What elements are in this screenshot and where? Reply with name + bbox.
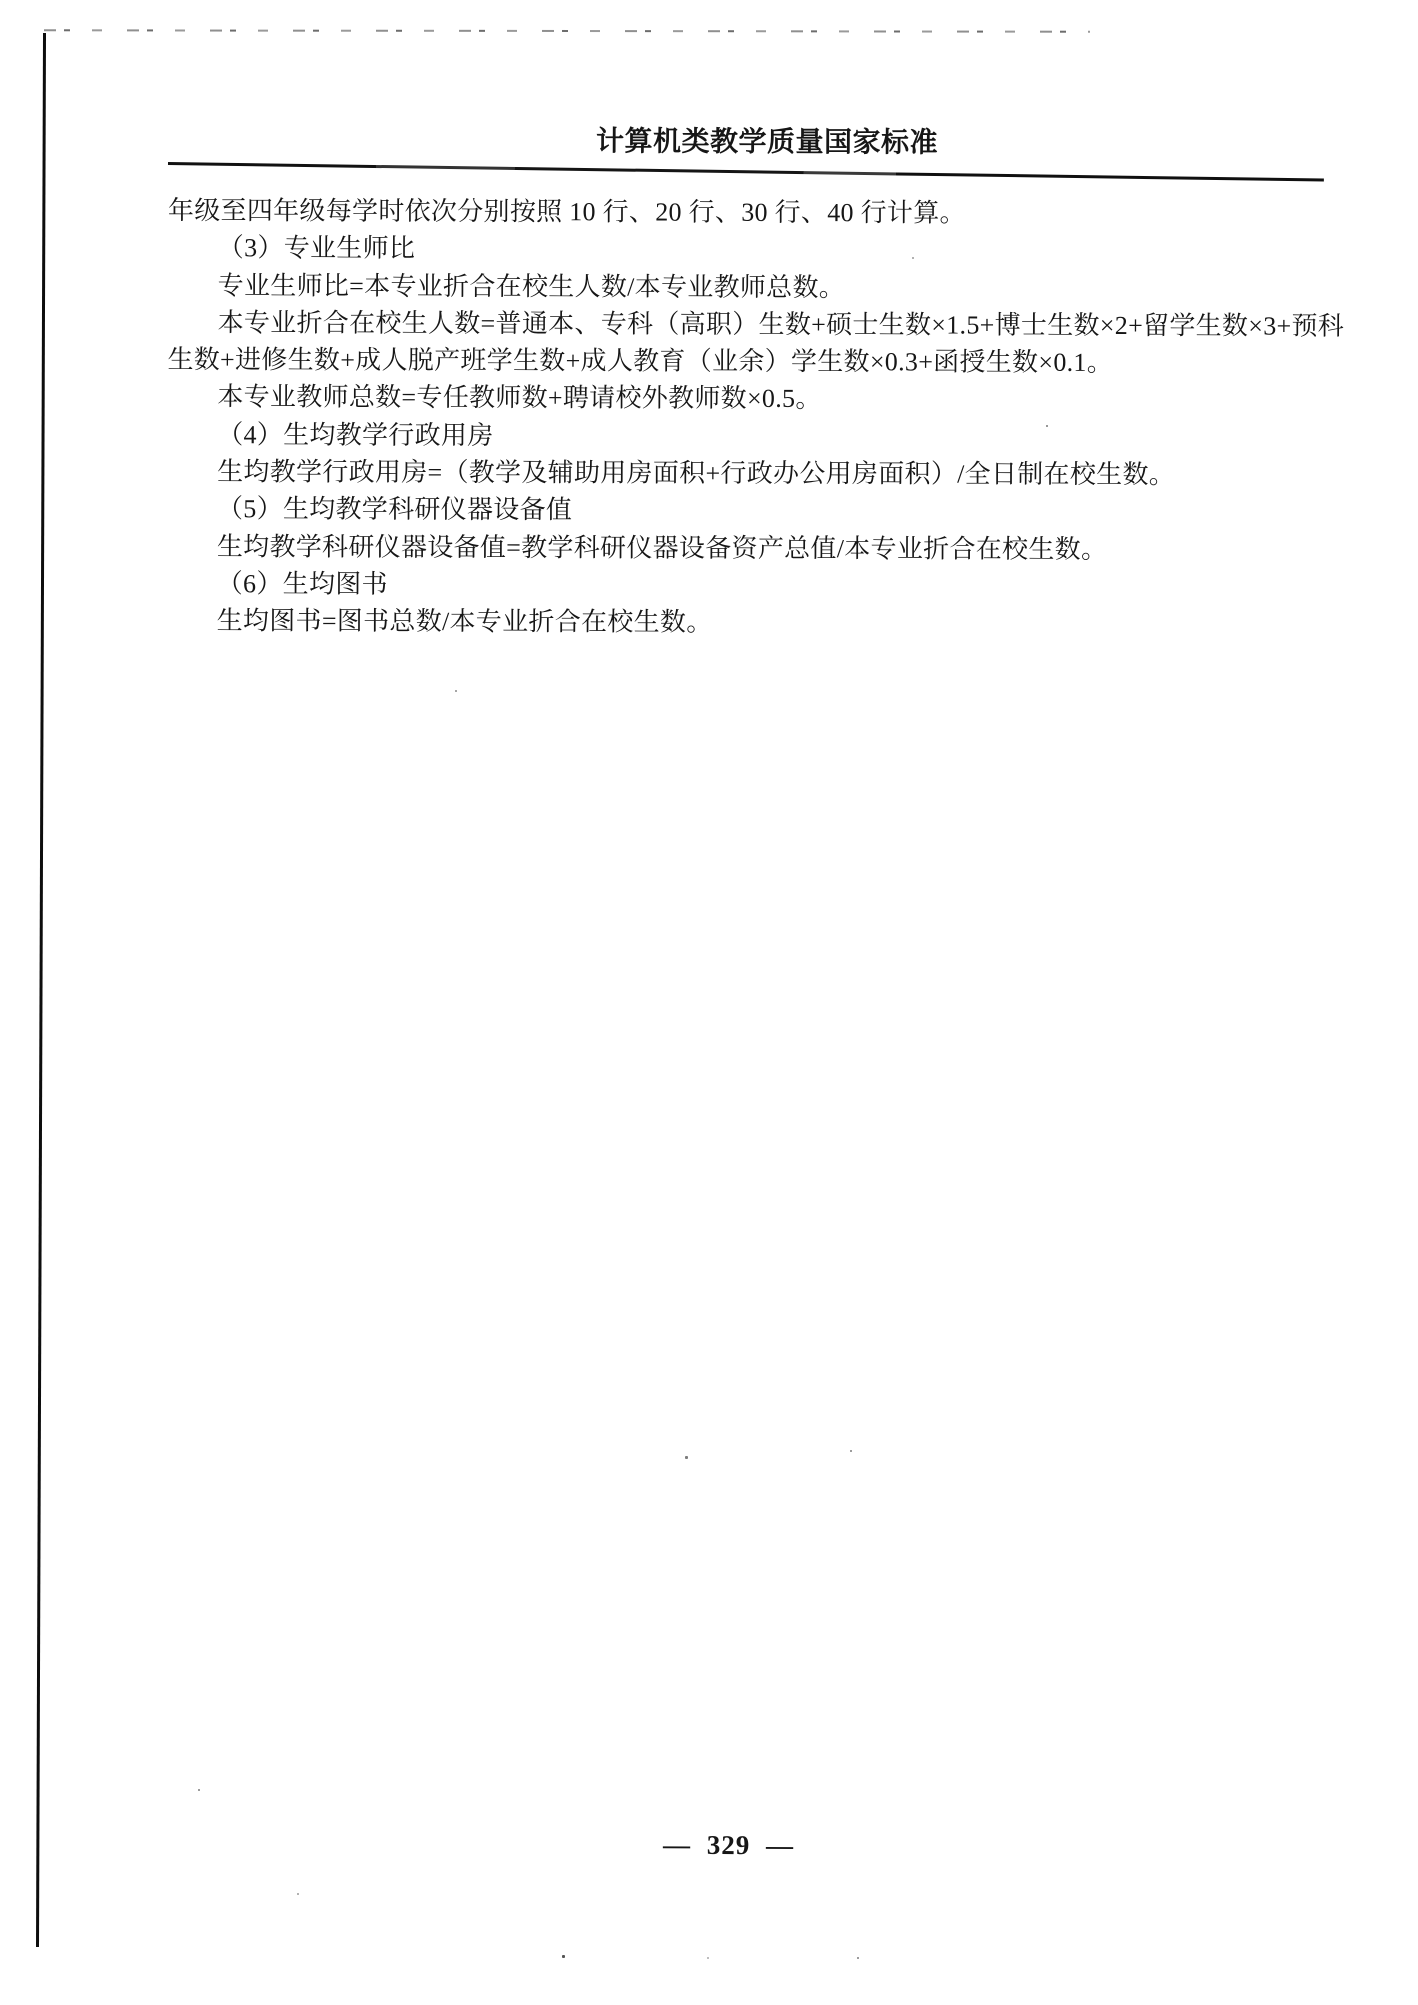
scan-top-edge-artifact <box>44 29 1090 32</box>
scan-speck <box>562 1955 565 1958</box>
scan-speck <box>1046 425 1048 427</box>
body-line: （6）生均图书 <box>167 565 1407 606</box>
scan-speck <box>850 1450 852 1452</box>
body-line: 生均教学行政用房=（教学及辅助用房面积+行政办公用房面积）/全日制在校生数。 <box>167 453 1407 494</box>
scan-speck <box>707 1957 709 1959</box>
scan-gutter-line <box>36 33 46 1947</box>
header-rule <box>168 162 1324 182</box>
body-line: （5）生均教学科研仪器设备值 <box>167 490 1407 531</box>
scan-speck <box>685 1456 688 1459</box>
scan-speck <box>912 257 914 259</box>
body-text-block: 年级至四年级每学时依次分别按照 10 行、20 行、30 行、40 行计算。 （… <box>167 192 1408 643</box>
body-line: 专业生师比=本专业折合在校生人数/本专业教师总数。 <box>168 267 1408 308</box>
scan-speck <box>198 1789 200 1791</box>
running-header-title: 计算机类教学质量国家标准 <box>596 119 938 160</box>
scan-speck <box>455 690 457 692</box>
scanned-document-page: 计算机类教学质量国家标准 年级至四年级每学时依次分别按照 10 行、20 行、3… <box>0 0 1418 2005</box>
body-line: 年级至四年级每学时依次分别按照 10 行、20 行、30 行、40 行计算。 <box>168 192 1408 233</box>
body-line: 本专业教师总数=专任教师数+聘请校外教师数×0.5。 <box>167 378 1407 419</box>
body-line: 生均图书=图书总数/本专业折合在校生数。 <box>167 602 1407 643</box>
body-line: （3）专业生师比 <box>168 229 1408 270</box>
body-line: （4）生均教学行政用房 <box>167 416 1407 457</box>
body-line: 生数+进修生数+成人脱产班学生数+成人教育（业余）学生数×0.3+函授生数×0.… <box>167 341 1407 382</box>
body-line: 本专业折合在校生人数=普通本、专科（高职）生数+硕士生数×1.5+博士生数×2+… <box>168 304 1408 345</box>
scan-speck <box>297 1893 299 1895</box>
page-number: — 329 — <box>663 1830 794 1862</box>
scan-speck <box>857 1957 859 1959</box>
body-line: 生均教学科研仪器设备值=教学科研仪器设备资产总值/本专业折合在校生数。 <box>167 528 1407 569</box>
